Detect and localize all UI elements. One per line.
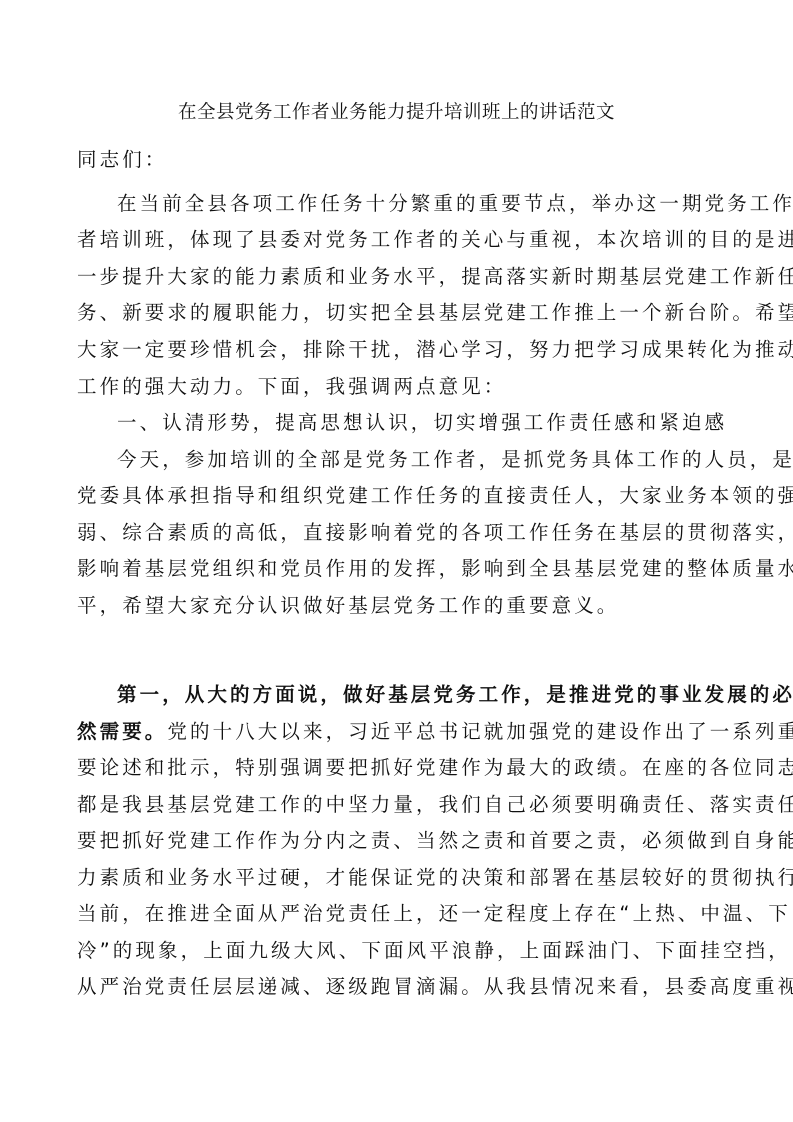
- bold-point-text: 第一，从大的方面说，做好基层党务工作，是推进党的事业发展的必: [117, 683, 793, 706]
- bold-point-text: 然需要。: [77, 720, 167, 743]
- paragraph-line: 影响着基层党组织和党员作用的发挥，影响到全县基层党建的整体质量水: [77, 553, 727, 581]
- paragraph-line: 要把抓好党建工作作为分内之责、当然之责和首要之责，必须做到自身能: [77, 825, 727, 853]
- section-heading: 一、认清形势，提高思想认识，切实增强工作责任感和紧迫感: [77, 407, 767, 435]
- salutation: 同志们：: [77, 144, 727, 172]
- paragraph-line: 一步提升大家的能力素质和业务水平，提高落实新时期基层党建工作新任: [77, 261, 727, 289]
- paragraph-line: 力素质和业务水平过硬，才能保证党的决策和部署在基层较好的贯彻执行。: [77, 862, 727, 890]
- paragraph-line: 工作的强大动力。下面，我强调两点意见：: [77, 371, 727, 399]
- paragraph-line: 冷”的现象，上面九级大风、下面风平浪静，上面踩油门、下面挂空挡，: [77, 935, 727, 963]
- paragraph-line: 从严治党责任层层递减、逐级跑冒滴漏。从我县情况来看，县委高度重视: [77, 971, 727, 999]
- paragraph-line: 平，希望大家充分认识做好基层党务工作的重要意义。: [77, 590, 727, 618]
- paragraph-line: 然需要。党的十八大以来，习近平总书记就加强党的建设作出了一系列重: [77, 716, 727, 744]
- document-page: 在全县党务工作者业务能力提升培训班上的讲话范文 同志们： 在当前全县各项工作任务…: [0, 0, 793, 1122]
- paragraph-text: 党的十八大以来，习近平总书记就加强党的建设作出了一系列重: [167, 720, 793, 743]
- paragraph-line: 务、新要求的履职能力，切实把全县基层党建工作推上一个新台阶。希望: [77, 297, 727, 325]
- bold-point-line: 第一，从大的方面说，做好基层党务工作，是推进党的事业发展的必: [77, 679, 767, 707]
- paragraph-line: 在当前全县各项工作任务十分繁重的重要节点，举办这一期党务工作: [77, 188, 767, 216]
- document-title: 在全县党务工作者业务能力提升培训班上的讲话范文: [0, 98, 793, 124]
- paragraph-line: 党委具体承担指导和组织党建工作任务的直接责任人，大家业务本领的强: [77, 480, 727, 508]
- paragraph-line: 当前，在推进全面从严治党责任上，还一定程度上存在“上热、中温、下: [77, 898, 727, 926]
- paragraph-line: 都是我县基层党建工作的中坚力量，我们自己必须要明确责任、落实责任，: [77, 789, 727, 817]
- paragraph-line: 今天，参加培训的全部是党务工作者，是抓党务具体工作的人员，是: [77, 444, 767, 472]
- paragraph-line: 者培训班，体现了县委对党务工作者的关心与重视，本次培训的目的是进: [77, 224, 727, 252]
- paragraph-line: 大家一定要珍惜机会，排除干扰，潜心学习，努力把学习成果转化为推动: [77, 334, 727, 362]
- paragraph-line: 弱、综合素质的高低，直接影响着党的各项工作任务在基层的贯彻落实，: [77, 517, 727, 545]
- paragraph-line: 要论述和批示，特别强调要把抓好党建作为最大的政绩。在座的各位同志，: [77, 752, 727, 780]
